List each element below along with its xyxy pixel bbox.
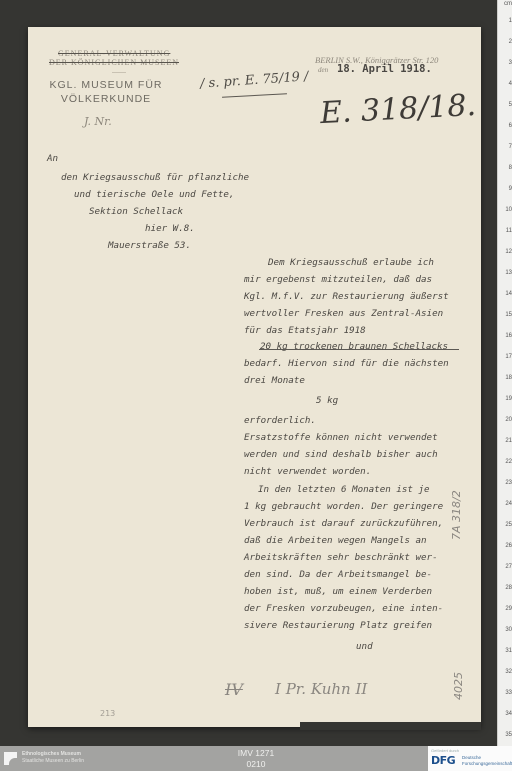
ruler-mark: 14 <box>505 291 512 297</box>
ruler-mark: 7 <box>509 144 512 150</box>
ruler-mark: 3 <box>509 60 512 66</box>
body-line: 1 kg gebraucht worden. Der geringere <box>244 501 443 512</box>
funder-name-line-1: Deutsche <box>462 755 481 760</box>
body-line: Arbeitskräften sehr beschränkt wer- <box>244 552 438 563</box>
body-line: hoben ist, muß, um einem Verderben <box>244 586 432 597</box>
recipient-line: den Kriegsausschuß für pflanzliche <box>61 172 249 183</box>
journal-number-label: J. Nr. <box>84 115 112 128</box>
ruler-mark: 28 <box>505 585 512 591</box>
torn-edge <box>300 722 481 730</box>
ruler-mark: 5 <box>509 102 512 108</box>
ruler-mark: 35 <box>505 732 512 738</box>
body-line: daß die Arbeiten wegen Mangels an <box>244 535 427 546</box>
ruler-mark: 12 <box>505 249 512 255</box>
funder-name-line-2: Forschungsgemeinschaft <box>462 761 512 766</box>
ruler-mark: 23 <box>505 480 512 486</box>
body-line-highlighted: 20 kg trockenen braunen Schellacks <box>260 341 448 352</box>
ruler-mark: 31 <box>505 648 512 654</box>
dfg-logo-icon: DFG <box>431 754 455 767</box>
body-line: Kgl. M.f.V. zur Restaurierung äußerst <box>244 291 449 302</box>
letterhead-struck-line-2: DER KÖNIGLICHEN MUSEEN <box>49 58 179 67</box>
body-line: bedarf. Hiervon sind für die nächsten <box>244 358 449 369</box>
body-line: den sind. Da der Arbeitsmangel be- <box>244 569 432 580</box>
body-line: und <box>356 641 373 652</box>
ruler-mark: 6 <box>509 123 512 129</box>
ruler-mark: 30 <box>505 627 512 633</box>
body-line: Dem Kriegsausschuß erlaube ich <box>268 257 434 268</box>
ruler-mark: 22 <box>505 459 512 465</box>
body-line: erforderlich. <box>244 415 316 426</box>
recipient-line: und tierische Oele und Fette, <box>74 189 234 200</box>
pencil-corner-note: 213 <box>100 709 115 718</box>
body-line: nicht verwendet worden. <box>244 466 371 477</box>
ruler-mark: 27 <box>505 564 512 570</box>
date-prefix: den <box>318 66 328 74</box>
body-line: Verbrauch ist darauf zurückzuführen, <box>244 518 443 529</box>
pencil-note: I Pr. Kuhn II <box>275 680 367 698</box>
salutation: An <box>47 153 58 164</box>
body-line: wertvoller Fresken aus Zentral-Asien <box>244 308 443 319</box>
ruler-mark: 19 <box>505 396 512 402</box>
body-line: Ersatzstoffe können nicht verwendet <box>244 432 438 443</box>
ruler-mark: 2 <box>509 39 512 45</box>
body-line: werden und sind deshalb bisher auch <box>244 449 438 460</box>
ruler-mark: 11 <box>506 228 512 234</box>
ruler-mark: 25 <box>505 522 512 528</box>
letter-date: 18. April 1918. <box>337 63 432 75</box>
ruler-mark: 26 <box>505 543 512 549</box>
funder-label: Gefördert durch <box>431 748 459 753</box>
letterhead-divider <box>112 72 126 73</box>
ruler-mark: 1 <box>509 18 512 24</box>
ruler-mark: 32 <box>505 669 512 675</box>
pencil-struck-mark: IV <box>225 680 243 699</box>
body-line: mir ergebenst mitzuteilen, daß das <box>244 274 432 285</box>
ruler-mark: 9 <box>509 186 512 192</box>
ruler-mark: 33 <box>505 690 512 696</box>
body-line: der Fresken vorzubeugen, eine inten- <box>244 603 443 614</box>
ruler-mark: 20 <box>505 417 512 423</box>
ruler-mark: 21 <box>505 438 512 444</box>
museum-name-line-1: KGL. MUSEUM FÜR <box>25 79 187 91</box>
ruler-mark: 16 <box>505 333 512 339</box>
museum-name-line-2: VÖLKERKUNDE <box>25 93 187 105</box>
ruler-mark: 15 <box>505 312 512 318</box>
ruler-mark: 10 <box>505 207 512 213</box>
pencil-side-note-2: 4025 <box>452 672 465 700</box>
letterhead-struck-line-1: GENERAL-VERWALTUNG <box>58 49 170 58</box>
ruler-mark: 13 <box>505 270 512 276</box>
ruler-mark: 18 <box>505 375 512 381</box>
ruler-mark: 29 <box>505 606 512 612</box>
recipient-line: Sektion Schellack <box>89 206 183 217</box>
ruler-mark: 34 <box>505 711 512 717</box>
ruler-unit-label: cm <box>504 1 512 7</box>
ruler-mark: 17 <box>505 354 512 360</box>
pencil-side-note: 7A 318/2 <box>450 490 463 540</box>
body-line: drei Monate <box>244 375 305 386</box>
ruler-mark: 24 <box>505 501 512 507</box>
body-line: In den letzten 6 Monaten ist je <box>258 484 429 495</box>
recipient-line: hier W.8. <box>145 223 195 234</box>
body-line: für das Etatsjahr 1918 <box>244 325 366 336</box>
funder-panel: Gefördert durch DFG Deutsche Forschungsg… <box>428 746 512 771</box>
body-line: sivere Restaurierung Platz greifen <box>244 620 432 631</box>
cm-ruler: cm 1 2 3 4 5 6 7 8 9 10 11 12 13 14 15 1… <box>497 0 512 746</box>
ruler-mark: 8 <box>509 165 512 171</box>
recipient-line: Mauerstraße 53. <box>108 240 191 251</box>
body-underline <box>259 349 459 350</box>
ruler-mark: 4 <box>509 81 512 87</box>
body-line-quantity: 5 kg <box>316 395 338 406</box>
